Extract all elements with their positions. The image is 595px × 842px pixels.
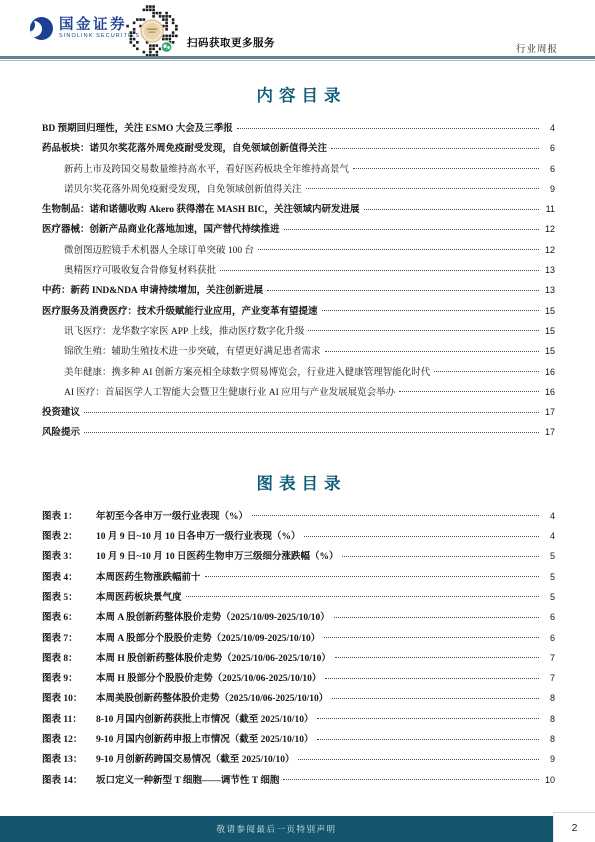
header-divider (0, 56, 595, 61)
toc-dot-leader (434, 371, 539, 372)
figure-toc-list: 图表 1： 年初至今各申万一级行业表现（%） 4 图表 2： 10 月 9 日~… (42, 507, 555, 791)
toc-entry[interactable]: 医疗器械：创新产品商业化落地加速，国产替代持续推进 12 (42, 220, 555, 240)
toc-entry[interactable]: 投资建议 17 (42, 403, 555, 423)
toc-dot-leader (353, 168, 539, 169)
toc-entry[interactable]: 图表 12： 9-10 月国内创新药申报上市情况（截至 2025/10/10） … (42, 730, 555, 750)
toc-entry-page: 6 (542, 139, 555, 158)
toc-entry-label: 10 月 9 日~10 月 10 日各申万一级行业表现（%） (96, 528, 300, 547)
toc-entry-label: 本周 A 股创新药整体股价走势（2025/10/09-2025/10/10） (96, 609, 330, 628)
toc-entry-page: 8 (542, 689, 555, 708)
toc-entry-number: 图表 5： (42, 589, 96, 608)
toc-entry-page: 4 (542, 507, 555, 526)
toc-entry-page: 5 (542, 568, 555, 587)
toc-dot-leader (399, 391, 539, 392)
toc-entry[interactable]: BD 预期回归理性，关注 ESMO 大会及三季报 4 (42, 119, 555, 139)
toc-entry-page: 15 (542, 342, 555, 361)
brand-logo: 国金证券 SINOLINK SECURITIES (30, 17, 140, 40)
toc-entry[interactable]: 图表 5： 本周医药板块景气度 5 (42, 588, 555, 608)
toc-entry-label: 8-10 月国内创新药获批上市情况（截至 2025/10/10） (96, 711, 313, 730)
toc-content: 内容目录 BD 预期回归理性，关注 ESMO 大会及三季报 4 药品板块：诺贝尔… (42, 82, 555, 791)
toc-entry-label: 讯飞医疗：龙华数字家医 APP 上线，推动医疗数字化升级 (64, 323, 304, 342)
toc-entry-page: 16 (542, 363, 555, 382)
toc-dot-leader (284, 229, 539, 230)
toc-entry-label: 诺贝尔奖花落外周免疫耐受发现，自免领域创新值得关注 (64, 181, 302, 200)
toc-entry-number: 图表 9： (42, 670, 96, 689)
toc-entry-label: 本周医药板块景气度 (96, 589, 182, 608)
toc-entry-page: 10 (542, 771, 555, 790)
toc-entry-label: 新药上市及跨国交易数量维持高水平，看好医药板块全年维持高景气 (64, 161, 349, 180)
toc-entry-number: 图表 2： (42, 528, 96, 547)
report-type-label: 行业周报 (516, 41, 558, 55)
toc-entry[interactable]: 图表 14： 坂口定义一种新型 T 细胞——调节性 T 细胞 10 (42, 771, 555, 791)
toc-entry-label: 美年健康：携多种 AI 创新方案亮相全球数字贸易博览会，行业进入健康管理智能化时… (64, 364, 430, 383)
toc-entry[interactable]: 风险提示 17 (42, 423, 555, 443)
toc-entry-number: 图表 13： (42, 751, 96, 770)
toc-dot-leader (252, 515, 539, 516)
toc-entry-label: 锦欣生殖：辅助生殖技术进一步突破，有望更好满足患者需求 (64, 343, 321, 362)
toc-dot-leader (258, 249, 539, 250)
toc-entry[interactable]: 图表 9： 本周 H 股部分个股股价走势（2025/10/06-2025/10/… (42, 669, 555, 689)
toc-entry-page: 4 (542, 527, 555, 546)
toc-entry-label: 本周 A 股部分个股股价走势（2025/10/09-2025/10/10） (96, 630, 320, 649)
toc-dot-leader (332, 698, 539, 699)
toc-entry-number: 图表 3： (42, 548, 96, 567)
toc-entry-page: 17 (542, 403, 555, 422)
toc-entry[interactable]: 图表 3： 10 月 9 日~10 月 10 日医药生物申万三级细分涨跌幅（%）… (42, 547, 555, 567)
toc-entry-label: 医疗器械：创新产品商业化落地加速，国产替代持续推进 (42, 221, 280, 240)
toc-entry-label: 年初至今各申万一级行业表现（%） (96, 508, 248, 527)
toc-dot-leader (237, 128, 539, 129)
toc-entry-label: 本周 H 股部分个股股价走势（2025/10/06-2025/10/10） (96, 670, 321, 689)
footer-disclaimer-bar: 敬请参阅最后一页特别声明 (0, 816, 553, 842)
qr-caption: 扫码获取更多服务 (187, 35, 275, 50)
toc-dot-leader (325, 678, 539, 679)
qr-code-icon (126, 5, 178, 57)
toc-dot-leader (267, 290, 539, 291)
content-toc-title: 内容目录 (42, 82, 555, 106)
toc-dot-leader (331, 148, 539, 149)
toc-entry[interactable]: 奥精医疗可吸收复合骨修复材料获批 13 (42, 261, 555, 281)
toc-entry[interactable]: 图表 8： 本周 H 股创新药整体股价走势（2025/10/06-2025/10… (42, 649, 555, 669)
toc-entry-page: 4 (542, 119, 555, 138)
toc-entry-page: 11 (542, 200, 555, 219)
toc-entry-number: 图表 11： (42, 711, 96, 730)
toc-dot-leader (322, 310, 539, 311)
toc-entry-label: 本周美股创新药整体股价走势（2025/10/06-2025/10/10） (96, 690, 328, 709)
toc-entry-label: 微创图迈腔镜手术机器人全球订单突破 100 台 (64, 242, 254, 261)
toc-entry[interactable]: 锦欣生殖：辅助生殖技术进一步突破，有望更好满足患者需求 15 (42, 342, 555, 362)
toc-dot-leader (317, 739, 539, 740)
toc-entry-page: 13 (542, 281, 555, 300)
toc-entry-label: 奥精医疗可吸收复合骨修复材料获批 (64, 262, 216, 281)
toc-entry-page: 12 (542, 241, 555, 260)
toc-entry-label: 生物制品：诺和诺德收购 Akero 获得潜在 MASH BIC，关注领域内研发进… (42, 201, 360, 220)
toc-entry[interactable]: 药品板块：诺贝尔奖花落外周免疫耐受发现，自免领域创新值得关注 6 (42, 139, 555, 159)
toc-entry-page: 15 (542, 302, 555, 321)
toc-dot-leader (325, 351, 539, 352)
toc-entry-number: 图表 4： (42, 569, 96, 588)
toc-entry-number: 图表 6： (42, 609, 96, 628)
toc-entry-number: 图表 7： (42, 630, 96, 649)
toc-entry-page: 9 (542, 750, 555, 769)
toc-entry-page: 15 (542, 322, 555, 341)
toc-entry-number: 图表 12： (42, 731, 96, 750)
toc-dot-leader (84, 432, 539, 433)
toc-dot-leader (186, 596, 539, 597)
toc-entry-page: 13 (542, 261, 555, 280)
toc-entry-label: AI 医疗：首届医学人工智能大会暨卫生健康行业 AI 应用与产业发展展览会举办 (64, 384, 395, 403)
toc-entry-page: 8 (542, 730, 555, 749)
toc-entry-label: 坂口定义一种新型 T 细胞——调节性 T 细胞 (96, 772, 279, 791)
toc-entry-label: 投资建议 (42, 404, 80, 423)
toc-entry-label: 医疗服务及消费医疗：技术升级赋能行业应用，产业变革有望提速 (42, 303, 318, 322)
toc-entry[interactable]: 图表 7： 本周 A 股部分个股股价走势（2025/10/09-2025/10/… (42, 629, 555, 649)
toc-dot-leader (308, 330, 539, 331)
toc-entry-label: BD 预期回归理性，关注 ESMO 大会及三季报 (42, 120, 233, 139)
toc-entry-label: 10 月 9 日~10 月 10 日医药生物申万三级细分涨跌幅（%） (96, 548, 338, 567)
toc-dot-leader (304, 536, 539, 537)
toc-entry-label: 中药：新药 IND&NDA 申请持续增加，关注创新进展 (42, 282, 263, 301)
toc-entry-page: 16 (542, 383, 555, 402)
toc-entry[interactable]: 图表 11： 8-10 月国内创新药获批上市情况（截至 2025/10/10） … (42, 710, 555, 730)
toc-entry[interactable]: AI 医疗：首届医学人工智能大会暨卫生健康行业 AI 应用与产业发展展览会举办 … (42, 383, 555, 403)
toc-entry[interactable]: 图表 10： 本周美股创新药整体股价走势（2025/10/06-2025/10/… (42, 689, 555, 709)
toc-entry-page: 7 (542, 669, 555, 688)
toc-dot-leader (334, 617, 539, 618)
toc-dot-leader (298, 759, 539, 760)
toc-entry[interactable]: 美年健康：携多种 AI 创新方案亮相全球数字贸易博览会，行业进入健康管理智能化时… (42, 363, 555, 383)
toc-entry[interactable]: 讯飞医疗：龙华数字家医 APP 上线，推动医疗数字化升级 15 (42, 322, 555, 342)
toc-entry-label: 9-10 月创新药跨国交易情况（截至 2025/10/10） (96, 751, 294, 770)
toc-entry-page: 5 (542, 547, 555, 566)
toc-dot-leader (84, 412, 539, 413)
toc-entry-page: 5 (542, 588, 555, 607)
toc-dot-leader (324, 637, 539, 638)
toc-dot-leader (306, 188, 539, 189)
toc-entry-label: 药品板块：诺贝尔奖花落外周免疫耐受发现，自免领域创新值得关注 (42, 140, 327, 159)
toc-dot-leader (317, 718, 539, 719)
toc-entry-number: 图表 10： (42, 690, 96, 709)
toc-entry-page: 6 (542, 629, 555, 648)
toc-entry-label: 9-10 月国内创新药申报上市情况（截至 2025/10/10） (96, 731, 313, 750)
toc-entry-page: 12 (542, 220, 555, 239)
toc-entry-number: 图表 1： (42, 508, 96, 527)
toc-entry-page: 17 (542, 423, 555, 442)
figure-toc-title: 图表目录 (42, 470, 555, 494)
toc-dot-leader (342, 556, 539, 557)
toc-entry-label: 风险提示 (42, 424, 80, 443)
toc-entry[interactable]: 图表 2： 10 月 9 日~10 月 10 日各申万一级行业表现（%） 4 (42, 527, 555, 547)
toc-entry[interactable]: 中药：新药 IND&NDA 申请持续增加，关注创新进展 13 (42, 281, 555, 301)
toc-entry[interactable]: 图表 6： 本周 A 股创新药整体股价走势（2025/10/09-2025/10… (42, 608, 555, 628)
toc-entry-page: 8 (542, 710, 555, 729)
toc-dot-leader (364, 209, 539, 210)
toc-entry-page: 6 (542, 160, 555, 179)
report-page: 国金证券 SINOLINK SECURITIES 扫码获取更多服务 行业周报 内… (0, 0, 595, 842)
sinolink-logo-icon (30, 17, 53, 40)
toc-dot-leader (335, 657, 539, 658)
toc-entry-label: 本周 H 股创新药整体股价走势（2025/10/06-2025/10/10） (96, 650, 331, 669)
content-toc-list: BD 预期回归理性，关注 ESMO 大会及三季报 4 药品板块：诺贝尔奖花落外周… (42, 119, 555, 444)
footer-disclaimer-text: 敬请参阅最后一页特别声明 (216, 823, 336, 835)
toc-entry-page: 9 (542, 180, 555, 199)
toc-entry[interactable]: 医疗服务及消费医疗：技术升级赋能行业应用，产业变革有望提速 15 (42, 302, 555, 322)
toc-dot-leader (220, 270, 539, 271)
toc-entry[interactable]: 生物制品：诺和诺德收购 Akero 获得潜在 MASH BIC，关注领域内研发进… (42, 200, 555, 220)
toc-entry-label: 本周医药生物涨跌幅前十 (96, 569, 201, 588)
toc-entry[interactable]: 图表 13： 9-10 月创新药跨国交易情况（截至 2025/10/10） 9 (42, 750, 555, 770)
qr-code (126, 5, 178, 57)
toc-entry[interactable]: 新药上市及跨国交易数量维持高水平，看好医药板块全年维持高景气 6 (42, 160, 555, 180)
page-number: 2 (553, 812, 595, 842)
toc-entry-number: 图表 8： (42, 650, 96, 669)
toc-entry-number: 图表 14： (42, 772, 96, 791)
toc-entry-page: 7 (542, 649, 555, 668)
toc-entry-page: 6 (542, 608, 555, 627)
toc-entry[interactable]: 微创图迈腔镜手术机器人全球订单突破 100 台 12 (42, 241, 555, 261)
toc-dot-leader (283, 779, 539, 780)
toc-dot-leader (205, 576, 539, 577)
toc-entry[interactable]: 图表 1： 年初至今各申万一级行业表现（%） 4 (42, 507, 555, 527)
toc-entry[interactable]: 诺贝尔奖花落外周免疫耐受发现，自免领域创新值得关注 9 (42, 180, 555, 200)
toc-entry[interactable]: 图表 4： 本周医药生物涨跌幅前十 5 (42, 568, 555, 588)
